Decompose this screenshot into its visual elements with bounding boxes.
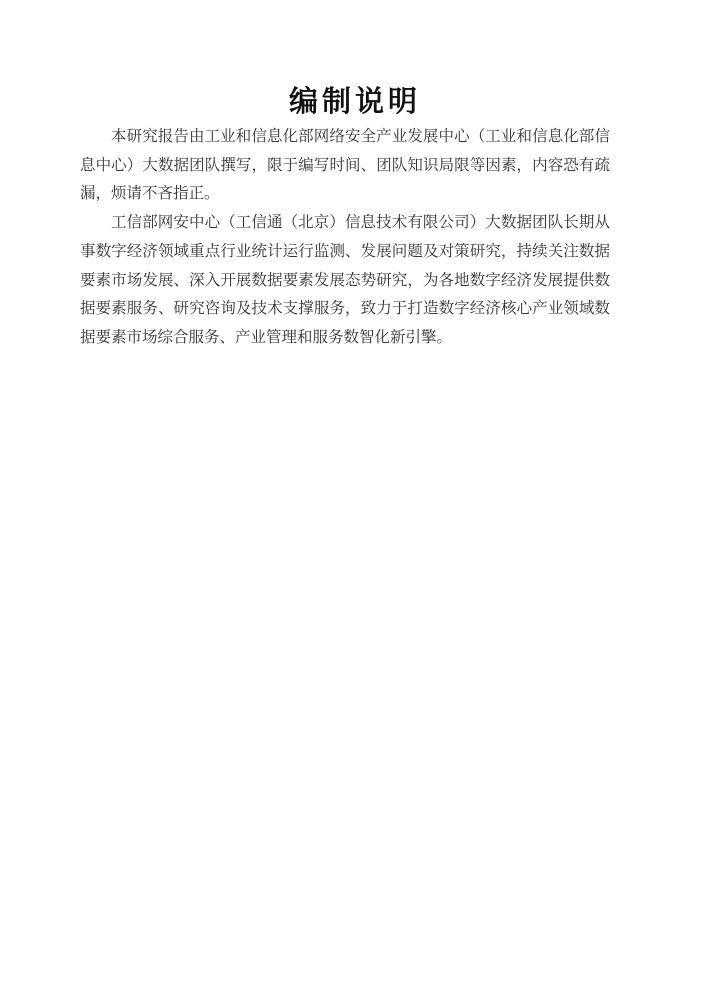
paragraph-2: 工信部网安中心（工信通（北京）信息技术有限公司）大数据团队长期从事数字经济领域重… xyxy=(80,209,610,353)
page-title: 编制说明 xyxy=(0,87,710,117)
paragraph-1: 本研究报告由工业和信息化部网络安全产业发展中心（工业和信息化部信息中心）大数据团… xyxy=(80,123,610,209)
document-body: 本研究报告由工业和信息化部网络安全产业发展中心（工业和信息化部信息中心）大数据团… xyxy=(80,123,610,353)
document-page: 编制说明 本研究报告由工业和信息化部网络安全产业发展中心（工业和信息化部信息中心… xyxy=(0,0,710,1004)
